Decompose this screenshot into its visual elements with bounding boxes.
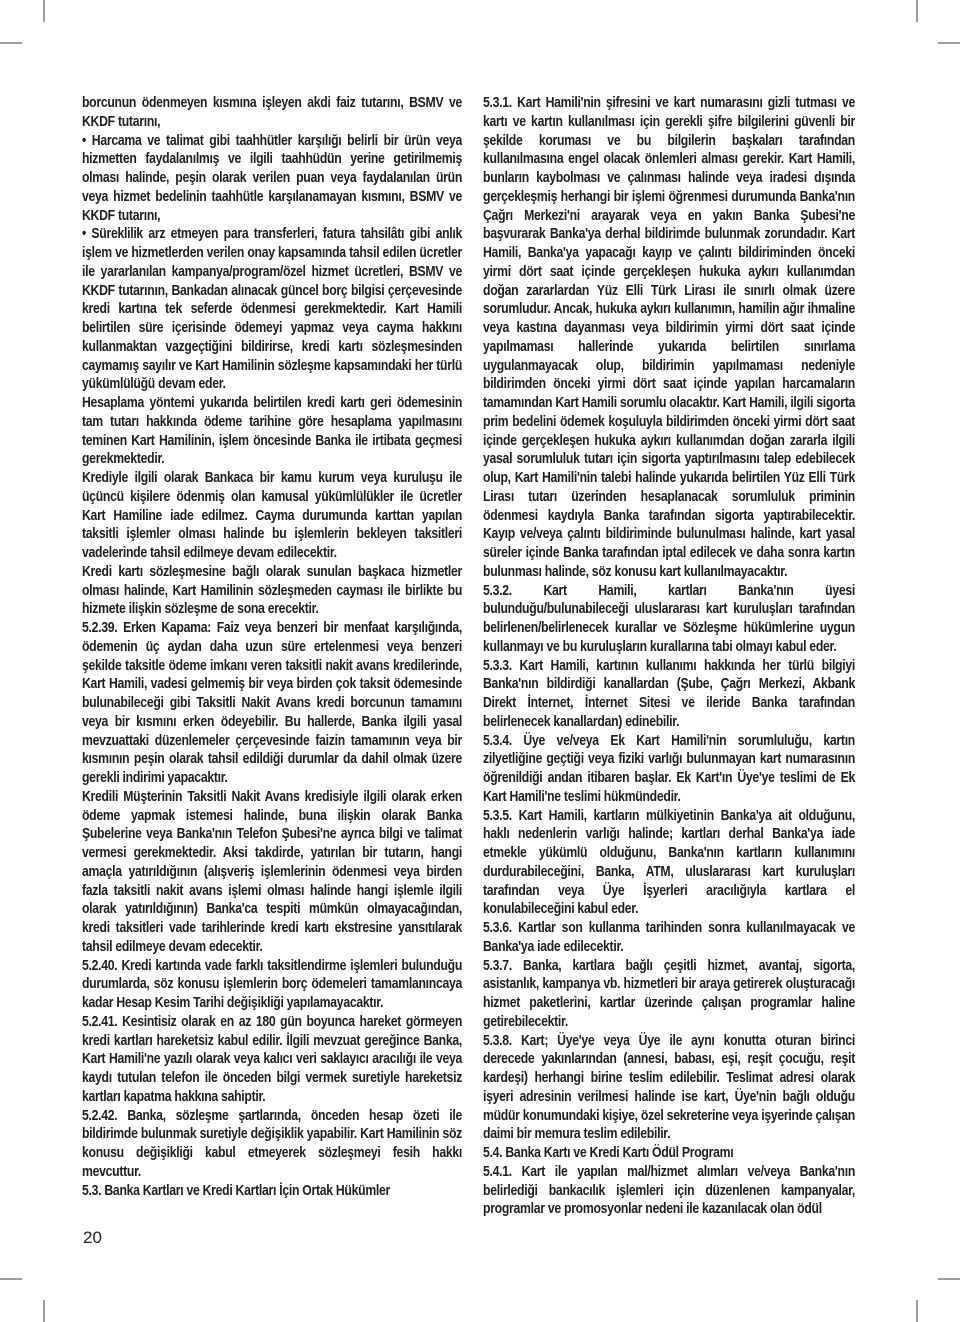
body-paragraph: 5.3.8. Kart; Üye'ye veya Üye ile aynı ko… xyxy=(483,1032,855,1145)
body-paragraph: 5.2.41. Kesintisiz olarak en az 180 gün … xyxy=(82,1013,462,1107)
body-paragraph: Kredi kartı sözleşmesine bağlı olarak su… xyxy=(82,563,462,619)
body-paragraph: 5.2.39. Erken Kapama: Faiz veya benzeri … xyxy=(82,619,462,788)
body-paragraph: 5.3.5. Kart Hamili, kartların mülkiyetin… xyxy=(483,807,855,920)
section-heading: 5.3. Banka Kartları ve Kredi Kartları İç… xyxy=(82,1182,462,1201)
crop-mark-bottom-left-vertical xyxy=(43,1300,45,1322)
body-paragraph: 5.3.1. Kart Hamili'nin şifresini ve kart… xyxy=(483,94,855,582)
left-text-column: borcunun ödenmeyen kısmına işleyen akdi … xyxy=(82,94,462,1200)
page-number: 20 xyxy=(83,1228,102,1248)
body-paragraph: Krediyle ilgili olarak Bankaca bir kamu … xyxy=(82,469,462,563)
right-text-column: 5.3.1. Kart Hamili'nin şifresini ve kart… xyxy=(483,94,855,1219)
crop-mark-top-right-horizontal xyxy=(938,42,960,44)
body-paragraph: 5.3.7. Banka, kartlara bağlı çeşitli hiz… xyxy=(483,957,855,1032)
crop-mark-bottom-right-horizontal xyxy=(938,1278,960,1280)
body-paragraph: 5.2.40. Kredi kartında vade farklı taksi… xyxy=(82,957,462,1013)
body-paragraph: Kredili Müşterinin Taksitli Nakit Avans … xyxy=(82,788,462,957)
crop-mark-bottom-right-vertical xyxy=(916,1300,918,1322)
crop-mark-top-left-horizontal xyxy=(0,42,22,44)
body-paragraph: borcunun ödenmeyen kısmına işleyen akdi … xyxy=(82,94,462,132)
body-paragraph: 5.2.42. Banka, sözleşme şartlarında, önc… xyxy=(82,1107,462,1182)
body-paragraph: 5.3.4. Üye ve/veya Ek Kart Hamili'nin so… xyxy=(483,732,855,807)
body-paragraph: 5.3.2. Kart Hamili, kartları Banka'nın ü… xyxy=(483,582,855,657)
body-paragraph: • Süreklilik arz etmeyen para transferle… xyxy=(82,225,462,394)
body-paragraph: 5.3.3. Kart Hamili, kartının kullanımı h… xyxy=(483,657,855,732)
body-paragraph: Hesaplama yöntemi yukarıda belirtilen kr… xyxy=(82,394,462,469)
crop-mark-top-left-vertical xyxy=(43,0,45,22)
body-paragraph: 5.4.1. Kart ile yapılan mal/hizmet alıml… xyxy=(483,1163,855,1219)
crop-mark-top-right-vertical xyxy=(916,0,918,22)
body-paragraph: • Harcama ve talimat gibi taahhütler kar… xyxy=(82,132,462,226)
document-page: borcunun ödenmeyen kısmına işleyen akdi … xyxy=(0,0,960,1322)
body-paragraph: 5.3.6. Kartlar son kullanma tarihinden s… xyxy=(483,919,855,957)
crop-mark-bottom-left-horizontal xyxy=(0,1278,22,1280)
section-heading: 5.4. Banka Kartı ve Kredi Kartı Ödül Pro… xyxy=(483,1144,855,1163)
